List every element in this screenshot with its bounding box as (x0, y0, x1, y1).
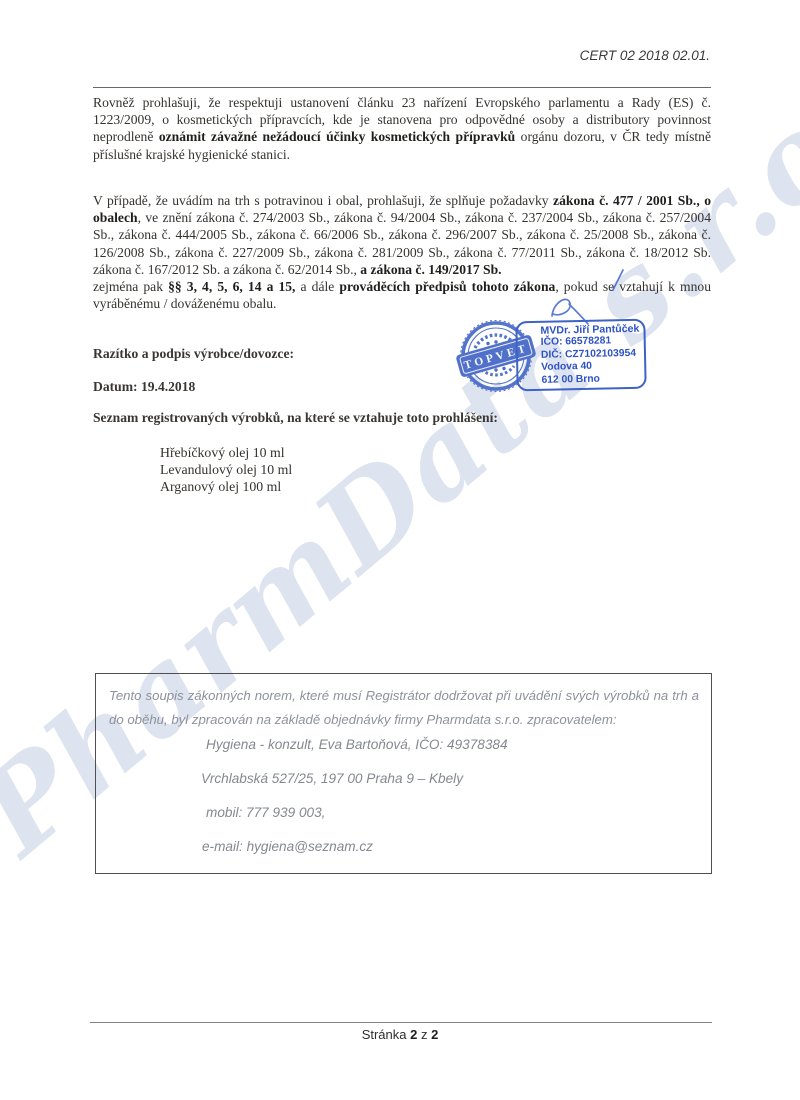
list-item: Levandulový olej 10 ml (160, 461, 292, 478)
registrator-intro: Tento soupis zákonných norem, které musí… (109, 684, 699, 731)
doc-code: CERT 02 2018 02.01. (580, 48, 710, 63)
date-label: Datum: 19.4.2018 (93, 379, 195, 395)
paragraph-cosmetics-regulation: Rovněž prohlašuji, že respektuji ustanov… (93, 94, 711, 163)
header-divider (93, 87, 711, 88)
contact-mobile: mobil: 777 939 003, (206, 805, 325, 820)
registered-products-heading: Seznam registrovaných výrobků, na které … (93, 410, 498, 426)
document-page: PharmData s.r.o. CERT 02 2018 02.01. Rov… (0, 0, 800, 1100)
page-number: Stránka 2 z 2 (0, 1027, 800, 1042)
stamp-city: 612 00 Brno (541, 372, 640, 386)
signature-pen-marks (540, 262, 670, 352)
contact-address: Vrchlabská 527/25, 197 00 Praha 9 – Kbel… (201, 771, 463, 786)
contact-name: Hygiena - konzult, Eva Bartoňová, IČO: 4… (206, 737, 508, 752)
contact-email: e-mail: hygiena@seznam.cz (202, 839, 373, 854)
list-item: Hřebíčkový olej 10 ml (160, 444, 292, 461)
product-list: Hřebíčkový olej 10 ml Levandulový olej 1… (160, 444, 292, 496)
page-content: CERT 02 2018 02.01. Rovněž prohlašuji, ž… (0, 0, 800, 1100)
registrator-note-box: Tento soupis zákonných norem, které musí… (95, 673, 712, 874)
footer-divider (90, 1022, 712, 1023)
list-item: Arganový olej 100 ml (160, 478, 292, 495)
stamp-signature-label: Razítko a podpis výrobce/dovozce: (93, 346, 294, 362)
